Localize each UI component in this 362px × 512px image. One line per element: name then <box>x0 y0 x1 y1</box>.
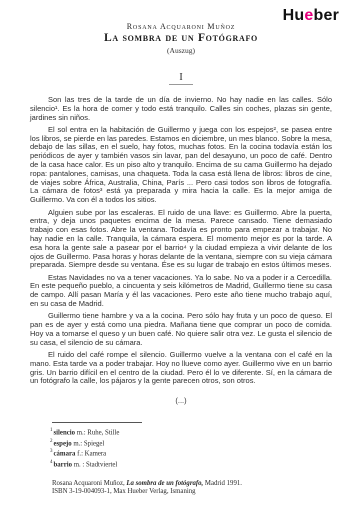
footnote-2-term: espejo <box>54 440 72 447</box>
footnote-1-marker: 1 <box>50 428 53 433</box>
document-page: Hueber Rosana Acquaroni Muñoz La sombra … <box>0 0 362 512</box>
logo-text-prefix: Hu <box>283 7 305 24</box>
document-title: La sombra de un Fotógrafo <box>0 32 362 44</box>
paragraph-2: El sol entra en la habitación de Guiller… <box>30 126 332 205</box>
logo-text-suffix: ber <box>314 7 340 24</box>
footnote-4-text: m. : Stadtviertel <box>72 461 117 468</box>
footnotes: 1silencio m.: Ruhe, Stille 2espejo m.: S… <box>50 427 362 469</box>
logo-accent-letter: e <box>304 7 313 24</box>
paragraph-3: Alguien sube por las escaleras. El ruido… <box>30 209 332 271</box>
footnote-2: 2espejo m.: Spiegel <box>50 438 362 448</box>
body-text: Son las tres de la tarde de un día de in… <box>30 96 332 386</box>
footnote-3-text: f.: Kamera <box>75 450 106 457</box>
footnote-3-marker: 3 <box>50 449 53 454</box>
excerpt-ellipsis: (...) <box>0 396 362 405</box>
footnote-4: 4barrio m. : Stadtviertel <box>50 459 362 469</box>
footnote-2-marker: 2 <box>50 439 53 444</box>
footnote-2-text: m.: Spiegel <box>72 440 105 447</box>
footnote-4-marker: 4 <box>50 460 53 465</box>
footnote-3-term: cámara <box>54 450 76 457</box>
source-line-2: ISBN 3-19-004093-1, Max Hueber Verlag, I… <box>52 488 362 496</box>
paragraph-1: Son las tres de la tarde de un día de in… <box>30 96 332 122</box>
footnote-1-text: m.: Ruhe, Stille <box>75 429 119 436</box>
footnote-1-term: silencio <box>54 429 76 436</box>
paragraph-5: Guillermo tiene hambre y va a la cocina.… <box>30 312 332 347</box>
section-numeral-text: I <box>169 72 192 85</box>
hueber-logo: Hueber <box>283 7 339 25</box>
source-place-year: Madrid 1991. <box>203 480 242 487</box>
paragraph-4: Estas Navidades no va a tener vacaciones… <box>30 274 332 309</box>
paragraph-6: El ruido del café rompe el silencio. Gui… <box>30 351 332 386</box>
source-citation: Rosana Acquaroni Muñoz, La sombra de un … <box>52 480 362 497</box>
source-book-title: La sombra de un fotógrafo, <box>126 480 203 487</box>
footnote-3: 3cámara f.: Kamera <box>50 448 362 458</box>
source-line-1: Rosana Acquaroni Muñoz, La sombra de un … <box>52 480 362 488</box>
footnote-4-term: barrio <box>54 461 73 468</box>
footnote-1: 1silencio m.: Ruhe, Stille <box>50 427 362 437</box>
source-author: Rosana Acquaroni Muñoz, <box>52 480 126 487</box>
document-subtitle: (Auszug) <box>0 46 362 55</box>
section-numeral: I <box>0 72 362 85</box>
footnote-separator <box>52 422 142 423</box>
